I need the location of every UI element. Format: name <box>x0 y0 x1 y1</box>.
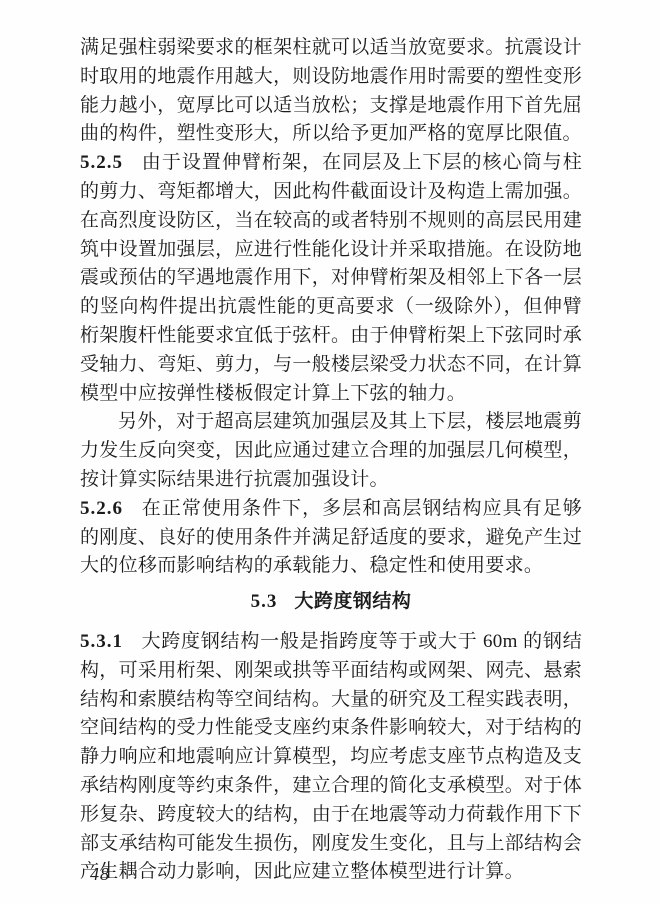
clause-text-5-3-1: 大跨度钢结构一般是指跨度等于或大于 60m 的钢结构，可采用桁架、刚架或拱等平面… <box>80 631 582 882</box>
section-number: 5.3 <box>251 591 278 612</box>
section-title: 大跨度钢结构 <box>294 591 411 612</box>
clause-number-5-2-5: 5.2.5 <box>80 152 123 173</box>
clause-text-5-2-5: 由于设置伸臂桁架，在同层及上下层的核心筒与柱的剪力、弯矩都增大，因此构件截面设计… <box>80 152 582 403</box>
clause-paragraph-5-2-6: 5.2.6在正常使用条件下，多层和高层钢结构应具有足够的刚度、良好的使用条件并满… <box>80 495 582 581</box>
page-number: 48 <box>90 864 110 885</box>
section-heading-5-3: 5.3大跨度钢结构 <box>80 588 582 617</box>
paragraph-continuation: 满足强柱弱梁要求的框架柱就可以适当放宽要求。抗震设计时取用的地震作用越大，则设防… <box>80 34 582 149</box>
clause-paragraph-5-3-1: 5.3.1大跨度钢结构一般是指跨度等于或大于 60m 的钢结构，可采用桁架、刚架… <box>80 628 582 887</box>
document-page: 满足强柱弱梁要求的框架柱就可以适当放宽要求。抗震设计时取用的地震作用越大，则设防… <box>0 0 660 904</box>
clause-paragraph-5-2-5: 5.2.5由于设置伸臂桁架，在同层及上下层的核心筒与柱的剪力、弯矩都增大，因此构… <box>80 149 582 408</box>
clause-text-5-2-6: 在正常使用条件下，多层和高层钢结构应具有足够的刚度、良好的使用条件并满足舒适度的… <box>80 498 582 577</box>
paragraph-additional-note: 另外，对于超高层建筑加强层及其上下层，楼层地震剪力发生反向突变，因此应通过建立合… <box>80 408 582 494</box>
clause-number-5-2-6: 5.2.6 <box>80 498 123 519</box>
clause-number-5-3-1: 5.3.1 <box>80 631 123 652</box>
